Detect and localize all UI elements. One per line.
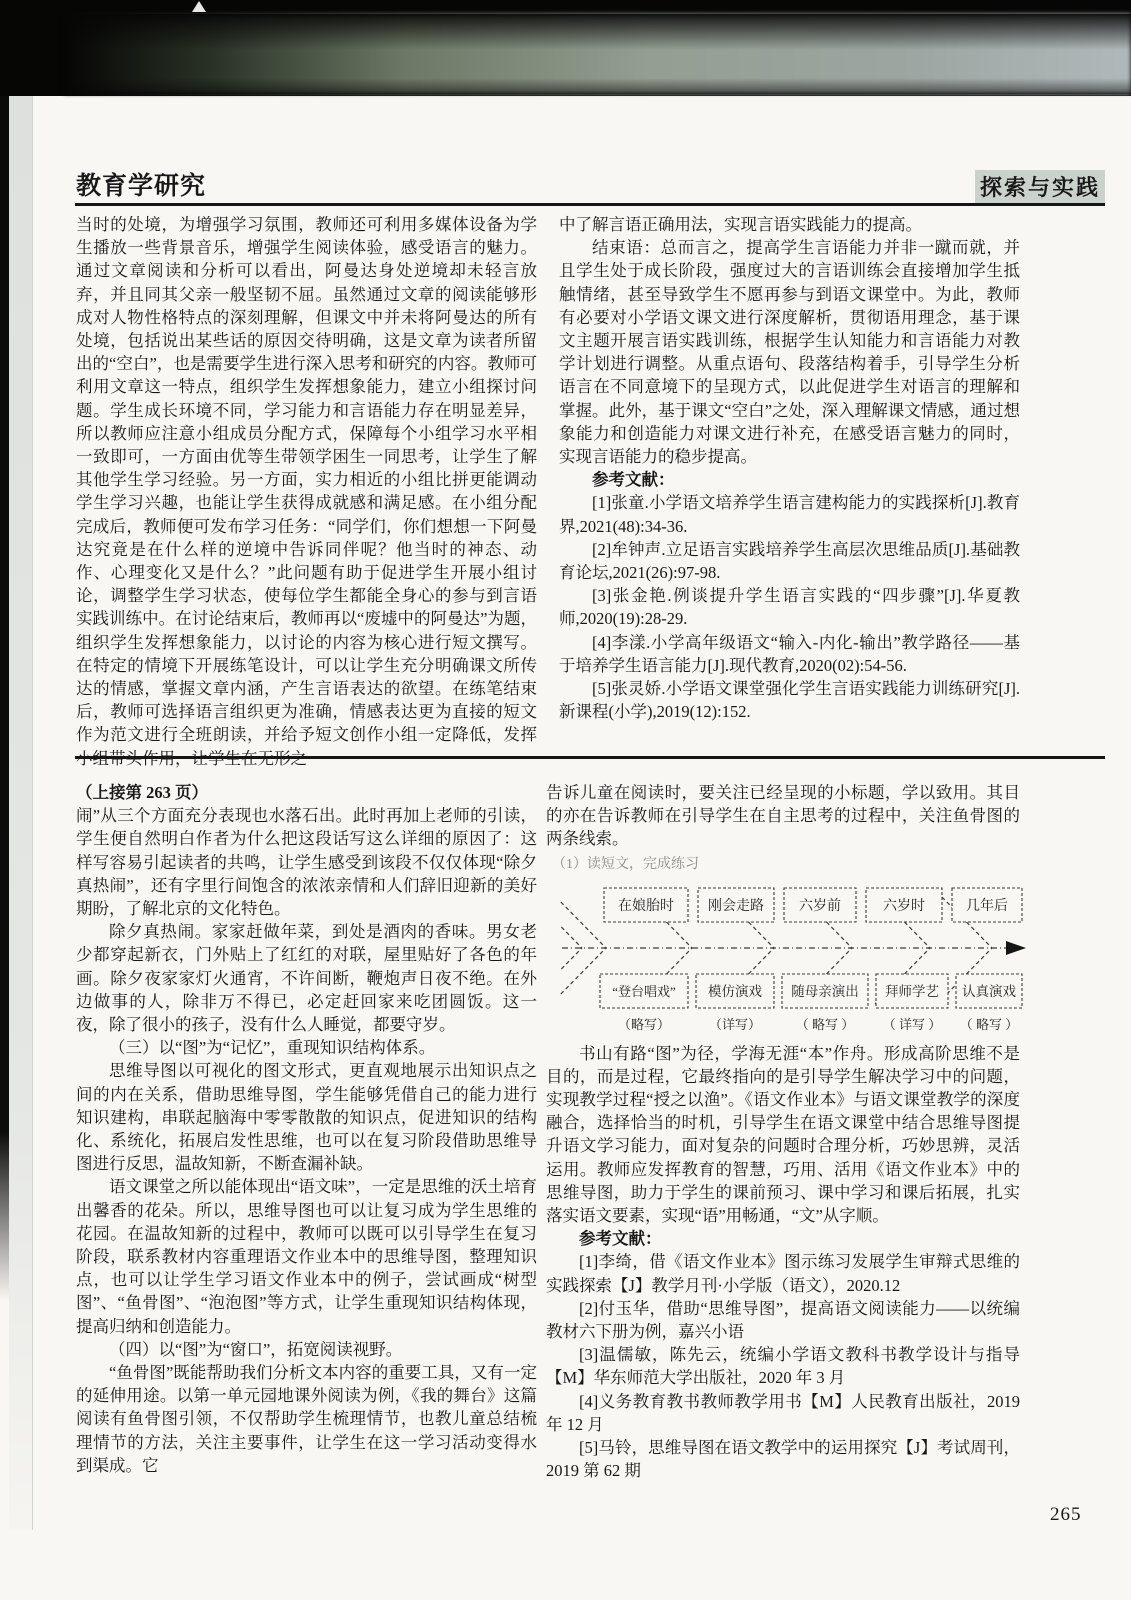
scan-artifact-left-edge — [0, 96, 9, 1301]
paragraph: “鱼骨图”既能帮助我们分析文本内容的重要工具，又有一定的延伸用途。以第一单元园地… — [76, 1361, 537, 1477]
diagram-box-label: 在娘胎时 — [618, 898, 674, 914]
diagram-box-label: 六岁前 — [799, 897, 841, 914]
reference-item: [4]义务教育教书教师教学用书【M】人民教育出版社，2019 年 12 月 — [546, 1390, 1020, 1436]
reference-item: [4]李漾.小学高年级语文“输入-内化-输出”教学路径——基于培养学生语言能力[… — [559, 631, 1020, 677]
diagram-writing-style-label: （略写） — [618, 1017, 670, 1032]
subsection-heading: （四）以“图”为“窗口”，拓宽阅读视野。 — [76, 1338, 537, 1361]
bottom-left-column: （上接第 263 页） 闹”从三个方面充分表现也水落石出。此时再加上老师的引读，… — [76, 781, 537, 1477]
diagram-box-label: 随母亲演出 — [791, 983, 859, 999]
scan-artifact-triangle — [192, 1, 206, 12]
diagram-box-label: 刚会走路 — [708, 897, 764, 914]
scan-artifact-fade — [64, 14, 1131, 94]
reference-item: [1]李绮，借《语文作业本》图示练习发展学生审辩式思维的实践探索【J】教学月刊·… — [546, 1250, 1020, 1296]
scan-artifact-gutter — [9, 96, 33, 1530]
page-number: 265 — [1050, 1504, 1082, 1526]
reference-item: [2]付玉华，借助“思维导图”，提高语文阅读能力——以统编教材六下册为例，嘉兴小… — [546, 1297, 1020, 1343]
reference-item: [3]张金艳.例谈提升学生语言实践的“四步骤”[J].华夏教师,2020(19)… — [559, 584, 1020, 630]
references-heading: 参考文献： — [546, 1227, 1020, 1250]
reference-item: [1]张童.小学语文培养学生语言建构能力的实践探析[J].教育界,2021(48… — [559, 491, 1020, 537]
bottom-right-column: 告诉儿童在阅读时，要关注已经呈现的小标题，学以致用。其目的亦在告诉教师在引导学生… — [546, 781, 1020, 1482]
reference-item: [3]温儒敏，陈先云，统编小学语文教科书教学设计与指导【M】华东师范大学出版社，… — [546, 1343, 1020, 1389]
paragraph: 思维导图以可视化的图文形式，更直观地展示出知识点之间的内在关系，借助思维导图，学… — [76, 1059, 537, 1175]
top-left-column: 当时的处境，为增强学习氛围，教师还可利用多媒体设备为学生播放一些背景音乐，增强学… — [76, 213, 537, 770]
header-rule — [75, 203, 1105, 206]
paragraph: 书山有路“图”为径，学海无涯“本”作舟。形成高阶思维不是目的，而是过程，它最终指… — [546, 1042, 1020, 1228]
top-right-column: 中了解言语正确用法，实现言语实践能力的提高。 结束语：总而言之，提高学生言语能力… — [559, 213, 1020, 723]
reference-item: [5]张灵娇.小学语文课堂强化学生言语实践能力训练研究[J].新课程(小学),2… — [559, 677, 1020, 723]
spine-arrowhead-icon — [1006, 941, 1026, 955]
reference-item: [2]牟钟声.立足语言实践培养学生高层次思维品质[J].基础教育论坛,2021(… — [559, 538, 1020, 584]
paragraph: 语文课堂之所以能体现出“语文味”，一定是思维的沃土培育出馨香的花朵。所以，思维导… — [76, 1175, 537, 1337]
paragraph: 中了解言语正确用法，实现言语实践能力的提高。 — [559, 213, 1020, 236]
paragraph: 结束语：总而言之，提高学生言语能力并非一蹴而就，并且学生处于成长阶段，强度过大的… — [559, 236, 1020, 468]
continued-from-note: （上接第 263 页） — [76, 781, 537, 804]
diagram-box-label: “登台唱戏” — [612, 984, 676, 999]
journal-page: 教育学研究 探索与实践 当时的处境，为增强学习氛围，教师还可利用多媒体设备为学生… — [0, 0, 1131, 1600]
diagram-writing-style-label: （ 略写 ） — [960, 1017, 1019, 1032]
diagram-box-label: 模仿演戏 — [708, 983, 762, 999]
diagram-box-label: 拜师学艺 — [885, 983, 939, 999]
diagram-writing-style-label: （详写） — [709, 1017, 761, 1032]
paragraph: 告诉儿童在阅读时，要关注已经呈现的小标题，学以致用。其目的亦在告诉教师在引导学生… — [546, 781, 1020, 851]
exercise-caption: （1）读短文，完成练习 — [552, 856, 1020, 874]
diagram-box-label: 几年后 — [966, 897, 1008, 914]
reference-item: [5]马铃，思维导图在语文教学中的运用探究【J】考试周刊，2019 第 62 期 — [546, 1436, 1020, 1482]
paragraph: 当时的处境，为增强学习氛围，教师还可利用多媒体设备为学生播放一些背景音乐，增强学… — [76, 213, 537, 770]
subsection-heading: （三）以“图”为“记忆”，重现知识结构体系。 — [76, 1036, 537, 1059]
diagram-writing-style-label: （ 详写 ） — [883, 1017, 942, 1032]
column-title-badge: 探索与实践 — [975, 170, 1105, 203]
diagram-box-label: 六岁时 — [883, 897, 925, 914]
references-heading: 参考文献： — [559, 468, 1020, 491]
section-divider-rule — [75, 756, 1105, 759]
diagram-box-label: 认真演戏 — [962, 983, 1016, 999]
fishbone-diagram: 在娘胎时 刚会走路 六岁前 六岁时 几年后 “登台唱戏” 模仿演戏 随母亲演出 … — [560, 876, 1030, 1038]
journal-section-title: 教育学研究 — [76, 166, 206, 202]
paragraph: 闹”从三个方面充分表现也水落石出。此时再加上老师的引读，学生便自然明白作者为什么… — [76, 804, 537, 920]
diagram-writing-style-label: （ 略写 ） — [796, 1017, 855, 1032]
paragraph: 除夕真热闹。家家赶做年菜，到处是酒肉的香味。男女老少都穿起新衣，门外贴上了红红的… — [76, 920, 537, 1036]
